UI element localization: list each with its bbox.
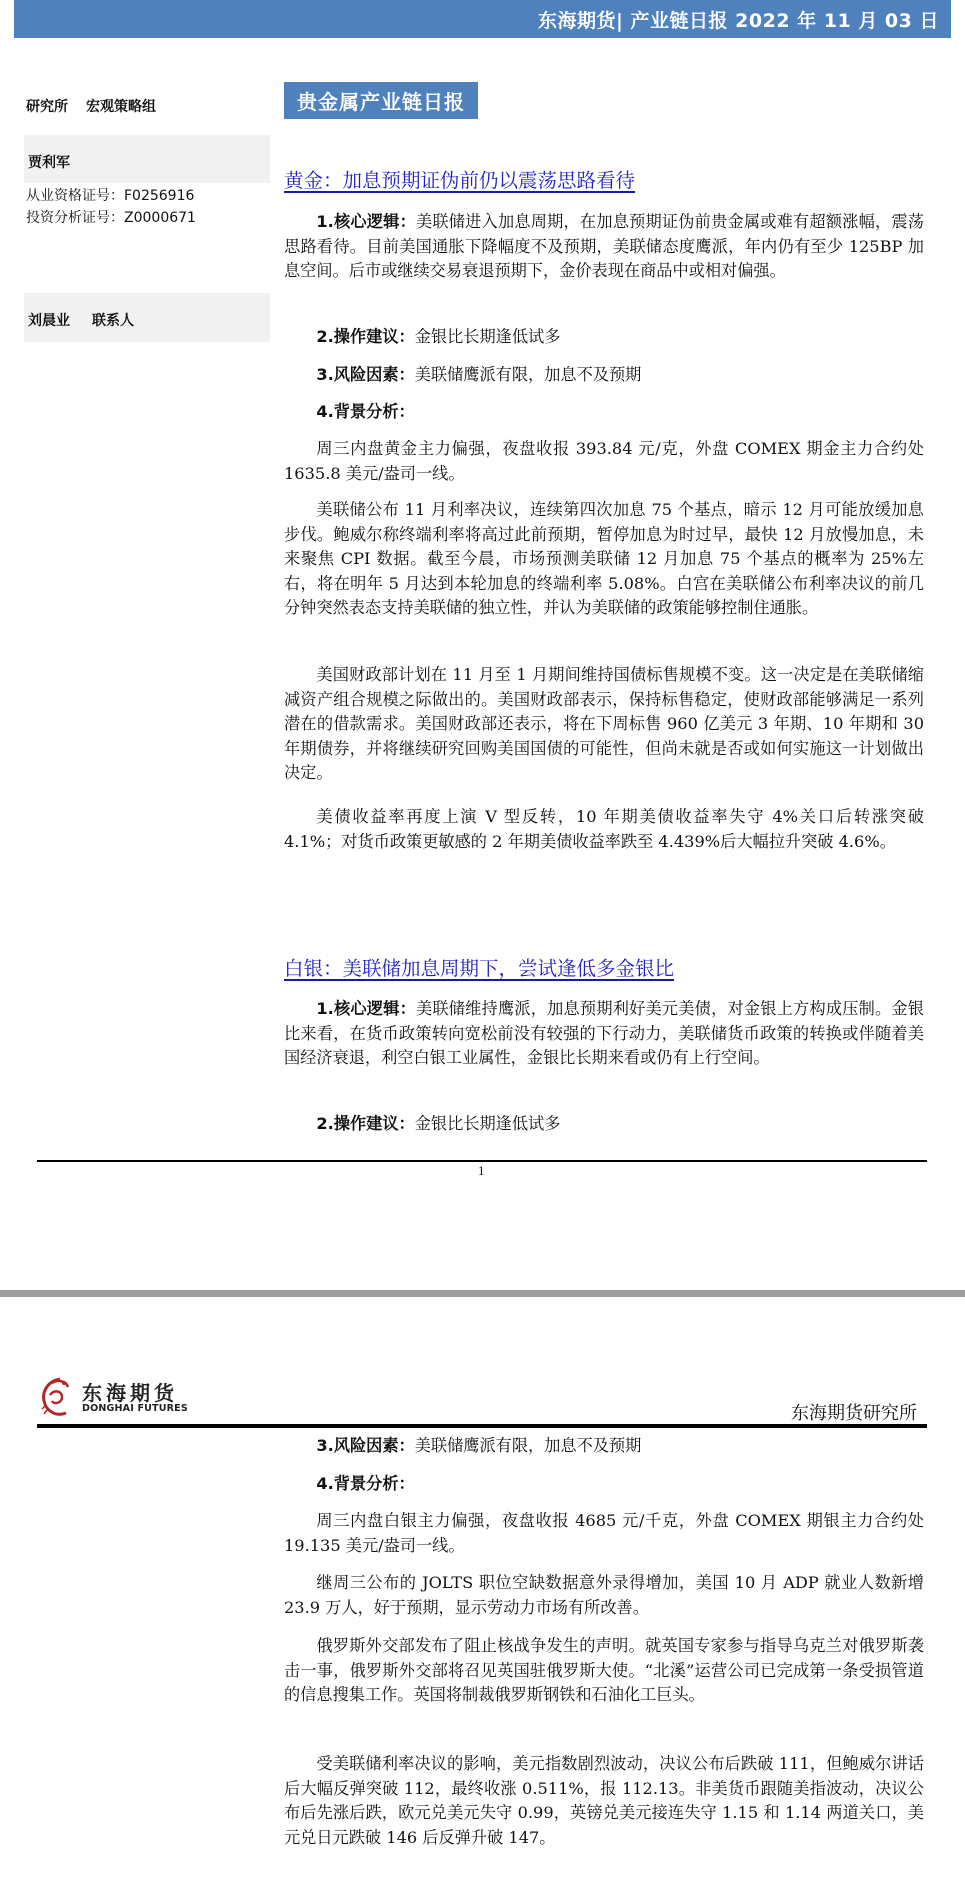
risk-text: 美联储鹰派有限，加息不及预期 [415, 1436, 642, 1455]
contact-role: 联系人 [92, 313, 134, 329]
page-number: 1 [478, 1163, 485, 1179]
gold-paragraph: 美债收益率再度上演 V 型反转，10 年期美债收益率失守 4%关口后转涨突破 4… [284, 805, 924, 854]
group-label: 宏观策略组 [86, 99, 156, 115]
gold-core-logic: 1.核心逻辑：美联储进入加息周期，在加息预期证伪前贵金属或难有超额涨幅，震荡思路… [284, 210, 924, 284]
logo-chinese-name: 东海期货 [82, 1377, 178, 1406]
report-header-title: 东海期货| 产业链日报 2022 年 11 月 03 日 [538, 6, 939, 33]
logo-english-name: DONGHAI FUTURES [82, 1403, 188, 1414]
investment-analysis-number: 投资分析证号：Z0000671 [26, 208, 196, 229]
risk-label: 3.风险因素： [316, 365, 414, 384]
advice-label: 2.操作建议： [316, 1114, 414, 1133]
gold-paragraph: 美国财政部计划在 11 月至 1 月期间维持国债标售规模不变。这一决定是在美联储… [284, 663, 924, 786]
qualification-number: 从业资格证号：F0256916 [26, 186, 194, 207]
silver-paragraph: 继周三公布的 JOLTS 职位空缺数据意外录得增加，美国 10 月 ADP 就业… [284, 1571, 924, 1620]
risk-label: 3.风险因素： [316, 1436, 414, 1455]
silver-paragraph: 受美联储利率决议的影响，美元指数剧烈波动，决议公布后跌破 111，但鲍威尔讲话后… [284, 1752, 924, 1850]
core-logic-label: 1.核心逻辑： [316, 999, 416, 1018]
report-type-badge: 贵金属产业链日报 [284, 82, 478, 119]
silver-risk: 3.风险因素：美联储鹰派有限，加息不及预期 [284, 1434, 924, 1459]
background-label: 4.背景分析： [316, 1474, 414, 1493]
silver-core-logic: 1.核心逻辑：美联储维持鹰派，加息预期利好美元美债，对金银上方构成压制。金银比来… [284, 997, 924, 1071]
contact-info: 刘晨业联系人 [28, 310, 134, 330]
qualification-value: F0256916 [124, 188, 194, 204]
gold-section-title[interactable]: 黄金：加息预期证伪前仍以震荡思路看待 [284, 165, 635, 193]
advice-label: 2.操作建议： [316, 327, 414, 346]
page2-header-rule [37, 1424, 927, 1428]
advice-text: 金银比长期逢低试多 [415, 327, 561, 346]
contact-name: 刘晨业 [28, 313, 70, 329]
sidebar-department: 研究所宏观策略组 [26, 96, 156, 116]
gold-advice: 2.操作建议：金银比长期逢低试多 [284, 325, 924, 350]
analyst-name: 贾利军 [28, 152, 70, 172]
background-label: 4.背景分析： [316, 402, 414, 421]
gold-paragraph: 美联储公布 11 月利率决议，连续第四次加息 75 个基点，暗示 12 月可能放… [284, 498, 924, 621]
core-logic-label: 1.核心逻辑： [316, 212, 416, 231]
page-separator [0, 1290, 965, 1297]
advice-text: 金银比长期逢低试多 [415, 1114, 561, 1133]
silver-paragraph: 周三内盘白银主力偏强，夜盘收报 4685 元/千克，外盘 COMEX 期银主力合… [284, 1509, 924, 1558]
gold-paragraph: 周三内盘黄金主力偏强，夜盘收报 393.84 元/克，外盘 COMEX 期金主力… [284, 437, 924, 486]
gold-risk: 3.风险因素：美联储鹰派有限，加息不及预期 [284, 363, 924, 388]
silver-section-title[interactable]: 白银：美联储加息周期下，尝试逢低多金银比 [284, 953, 674, 981]
investment-label: 投资分析证号： [26, 210, 124, 226]
silver-advice: 2.操作建议：金银比长期逢低试多 [284, 1112, 924, 1137]
risk-text: 美联储鹰派有限，加息不及预期 [415, 365, 642, 384]
investment-value: Z0000671 [124, 210, 196, 226]
footer-rule [37, 1160, 927, 1162]
silver-paragraph: 俄罗斯外交部发布了阻止核战争发生的声明。就英国专家参与指导乌克兰对俄罗斯袭击一事… [284, 1634, 924, 1708]
institute-name: 东海期货研究所 [791, 1399, 917, 1425]
silver-background-heading: 4.背景分析： [284, 1472, 924, 1497]
qualification-label: 从业资格证号： [26, 188, 124, 204]
gold-background-heading: 4.背景分析： [284, 400, 924, 425]
department-label: 研究所 [26, 99, 68, 115]
